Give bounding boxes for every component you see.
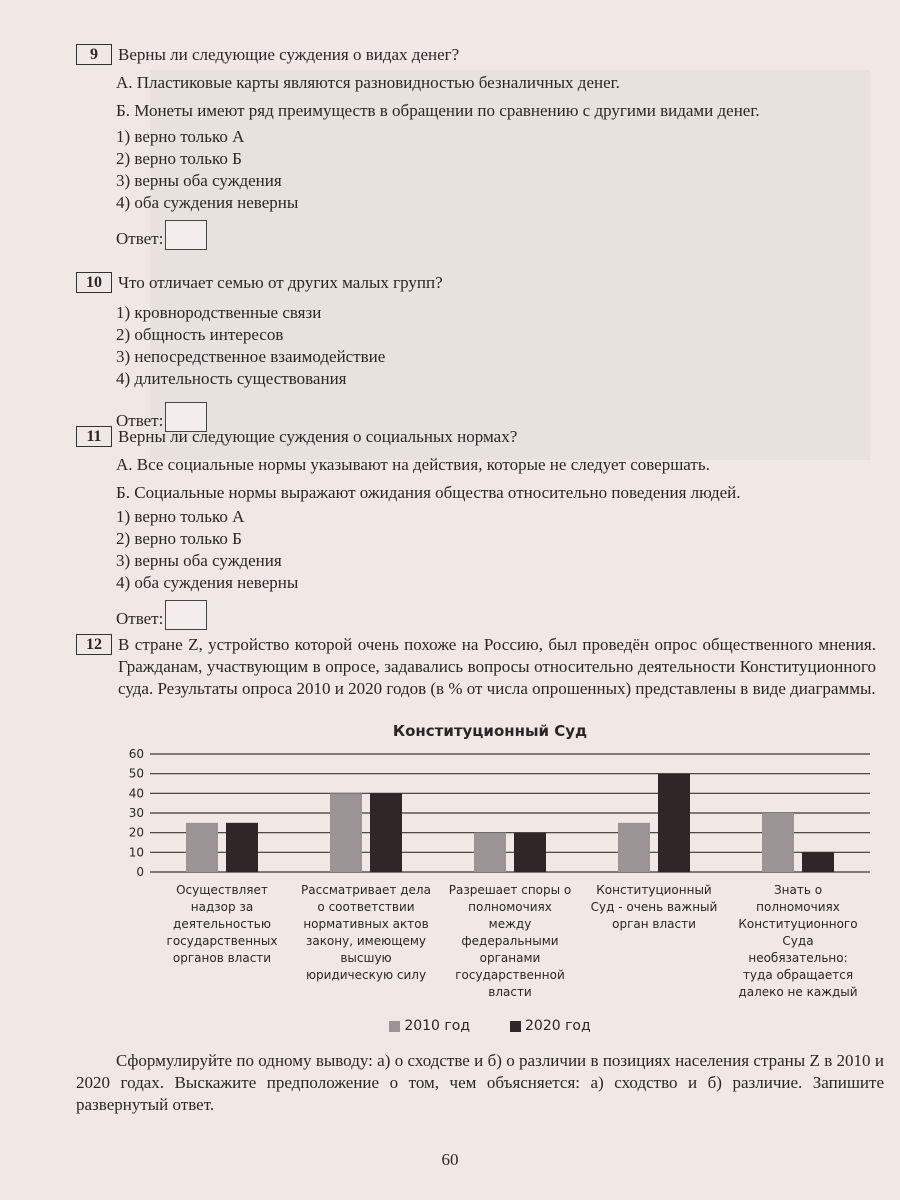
question-number: 9: [76, 44, 112, 65]
category-label: Рассматривает дела о соответствии нормат…: [301, 882, 431, 984]
bar-chart: Конституционный Суд 0102030405060 Осущес…: [110, 722, 870, 1042]
option-1: 1) кровнородственные связи: [116, 302, 876, 324]
option-4: 4) оба суждения неверны: [116, 572, 876, 594]
answer-label: Ответ:: [116, 608, 163, 630]
option-3: 3) верны оба суждения: [116, 170, 876, 192]
question-intro: В стране Z, устройство которой очень пох…: [118, 634, 876, 700]
legend-item-2010: 2010 год: [389, 1018, 470, 1034]
bar: [514, 833, 546, 872]
bar: [618, 823, 650, 872]
bar: [802, 852, 834, 872]
page-number: 60: [0, 1150, 900, 1170]
statement-a: А. Пластиковые карты являются разновидно…: [76, 72, 876, 94]
option-3: 3) непосредственное взаимодействие: [116, 346, 876, 368]
statement-b: Б. Монеты имеют ряд преимуществ в обраще…: [76, 100, 876, 122]
category-label: Знать о полномочиях Конституционного Суд…: [733, 882, 863, 1001]
question-12: 12В стране Z, устройство которой очень п…: [76, 634, 876, 700]
bar: [658, 774, 690, 872]
chart-plot-area: 0102030405060: [110, 742, 870, 902]
statement-a: А. Все социальные нормы указывают на дей…: [76, 454, 876, 476]
svg-text:50: 50: [129, 767, 144, 781]
svg-text:60: 60: [129, 747, 144, 761]
bar: [186, 823, 218, 872]
option-4: 4) оба суждения неверны: [116, 192, 876, 214]
legend-swatch: [389, 1021, 400, 1032]
legend-swatch: [510, 1021, 521, 1032]
question-number: 12: [76, 634, 112, 655]
question-text: Верны ли следующие суждения о видах дене…: [118, 44, 459, 66]
svg-text:20: 20: [129, 826, 144, 840]
category-label: Осуществляет надзор за деятельностью гос…: [157, 882, 287, 967]
statement-b: Б. Социальные нормы выражают ожидания об…: [76, 482, 876, 504]
option-1: 1) верно только А: [116, 506, 876, 528]
task-prompt: Сформулируйте по одному выводу: а) о схо…: [76, 1050, 884, 1116]
bar: [474, 833, 506, 872]
answer-box[interactable]: [165, 220, 207, 250]
category-label: Конституционный Суд - очень важный орган…: [589, 882, 719, 933]
question-10: 10Что отличает семью от других малых гру…: [76, 272, 876, 432]
question-text: Что отличает семью от других малых групп…: [118, 272, 443, 294]
svg-text:40: 40: [129, 786, 144, 800]
bar: [370, 793, 402, 872]
chart-title: Конституционный Суд: [110, 722, 870, 740]
svg-text:30: 30: [129, 806, 144, 820]
option-2: 2) общность интересов: [116, 324, 876, 346]
question-number: 10: [76, 272, 112, 293]
question-number: 11: [76, 426, 112, 447]
option-2: 2) верно только Б: [116, 528, 876, 550]
category-label: Разрешает споры о полномочиях между феде…: [445, 882, 575, 1001]
question-9: 9Верны ли следующие суждения о видах ден…: [76, 44, 876, 250]
option-2: 2) верно только Б: [116, 148, 876, 170]
bar: [762, 813, 794, 872]
option-4: 4) длительность существования: [116, 368, 876, 390]
legend-item-2020: 2020 год: [510, 1018, 591, 1034]
option-1: 1) верно только А: [116, 126, 876, 148]
svg-text:0: 0: [136, 865, 144, 879]
question-11: 11Верны ли следующие суждения о социальн…: [76, 426, 876, 630]
question-text: Верны ли следующие суждения о социальных…: [118, 426, 517, 448]
bar: [226, 823, 258, 872]
answer-label: Ответ:: [116, 228, 163, 250]
bar: [330, 793, 362, 872]
option-3: 3) верны оба суждения: [116, 550, 876, 572]
svg-text:10: 10: [129, 845, 144, 859]
chart-legend: 2010 год 2020 год: [110, 1018, 870, 1034]
answer-box[interactable]: [165, 600, 207, 630]
